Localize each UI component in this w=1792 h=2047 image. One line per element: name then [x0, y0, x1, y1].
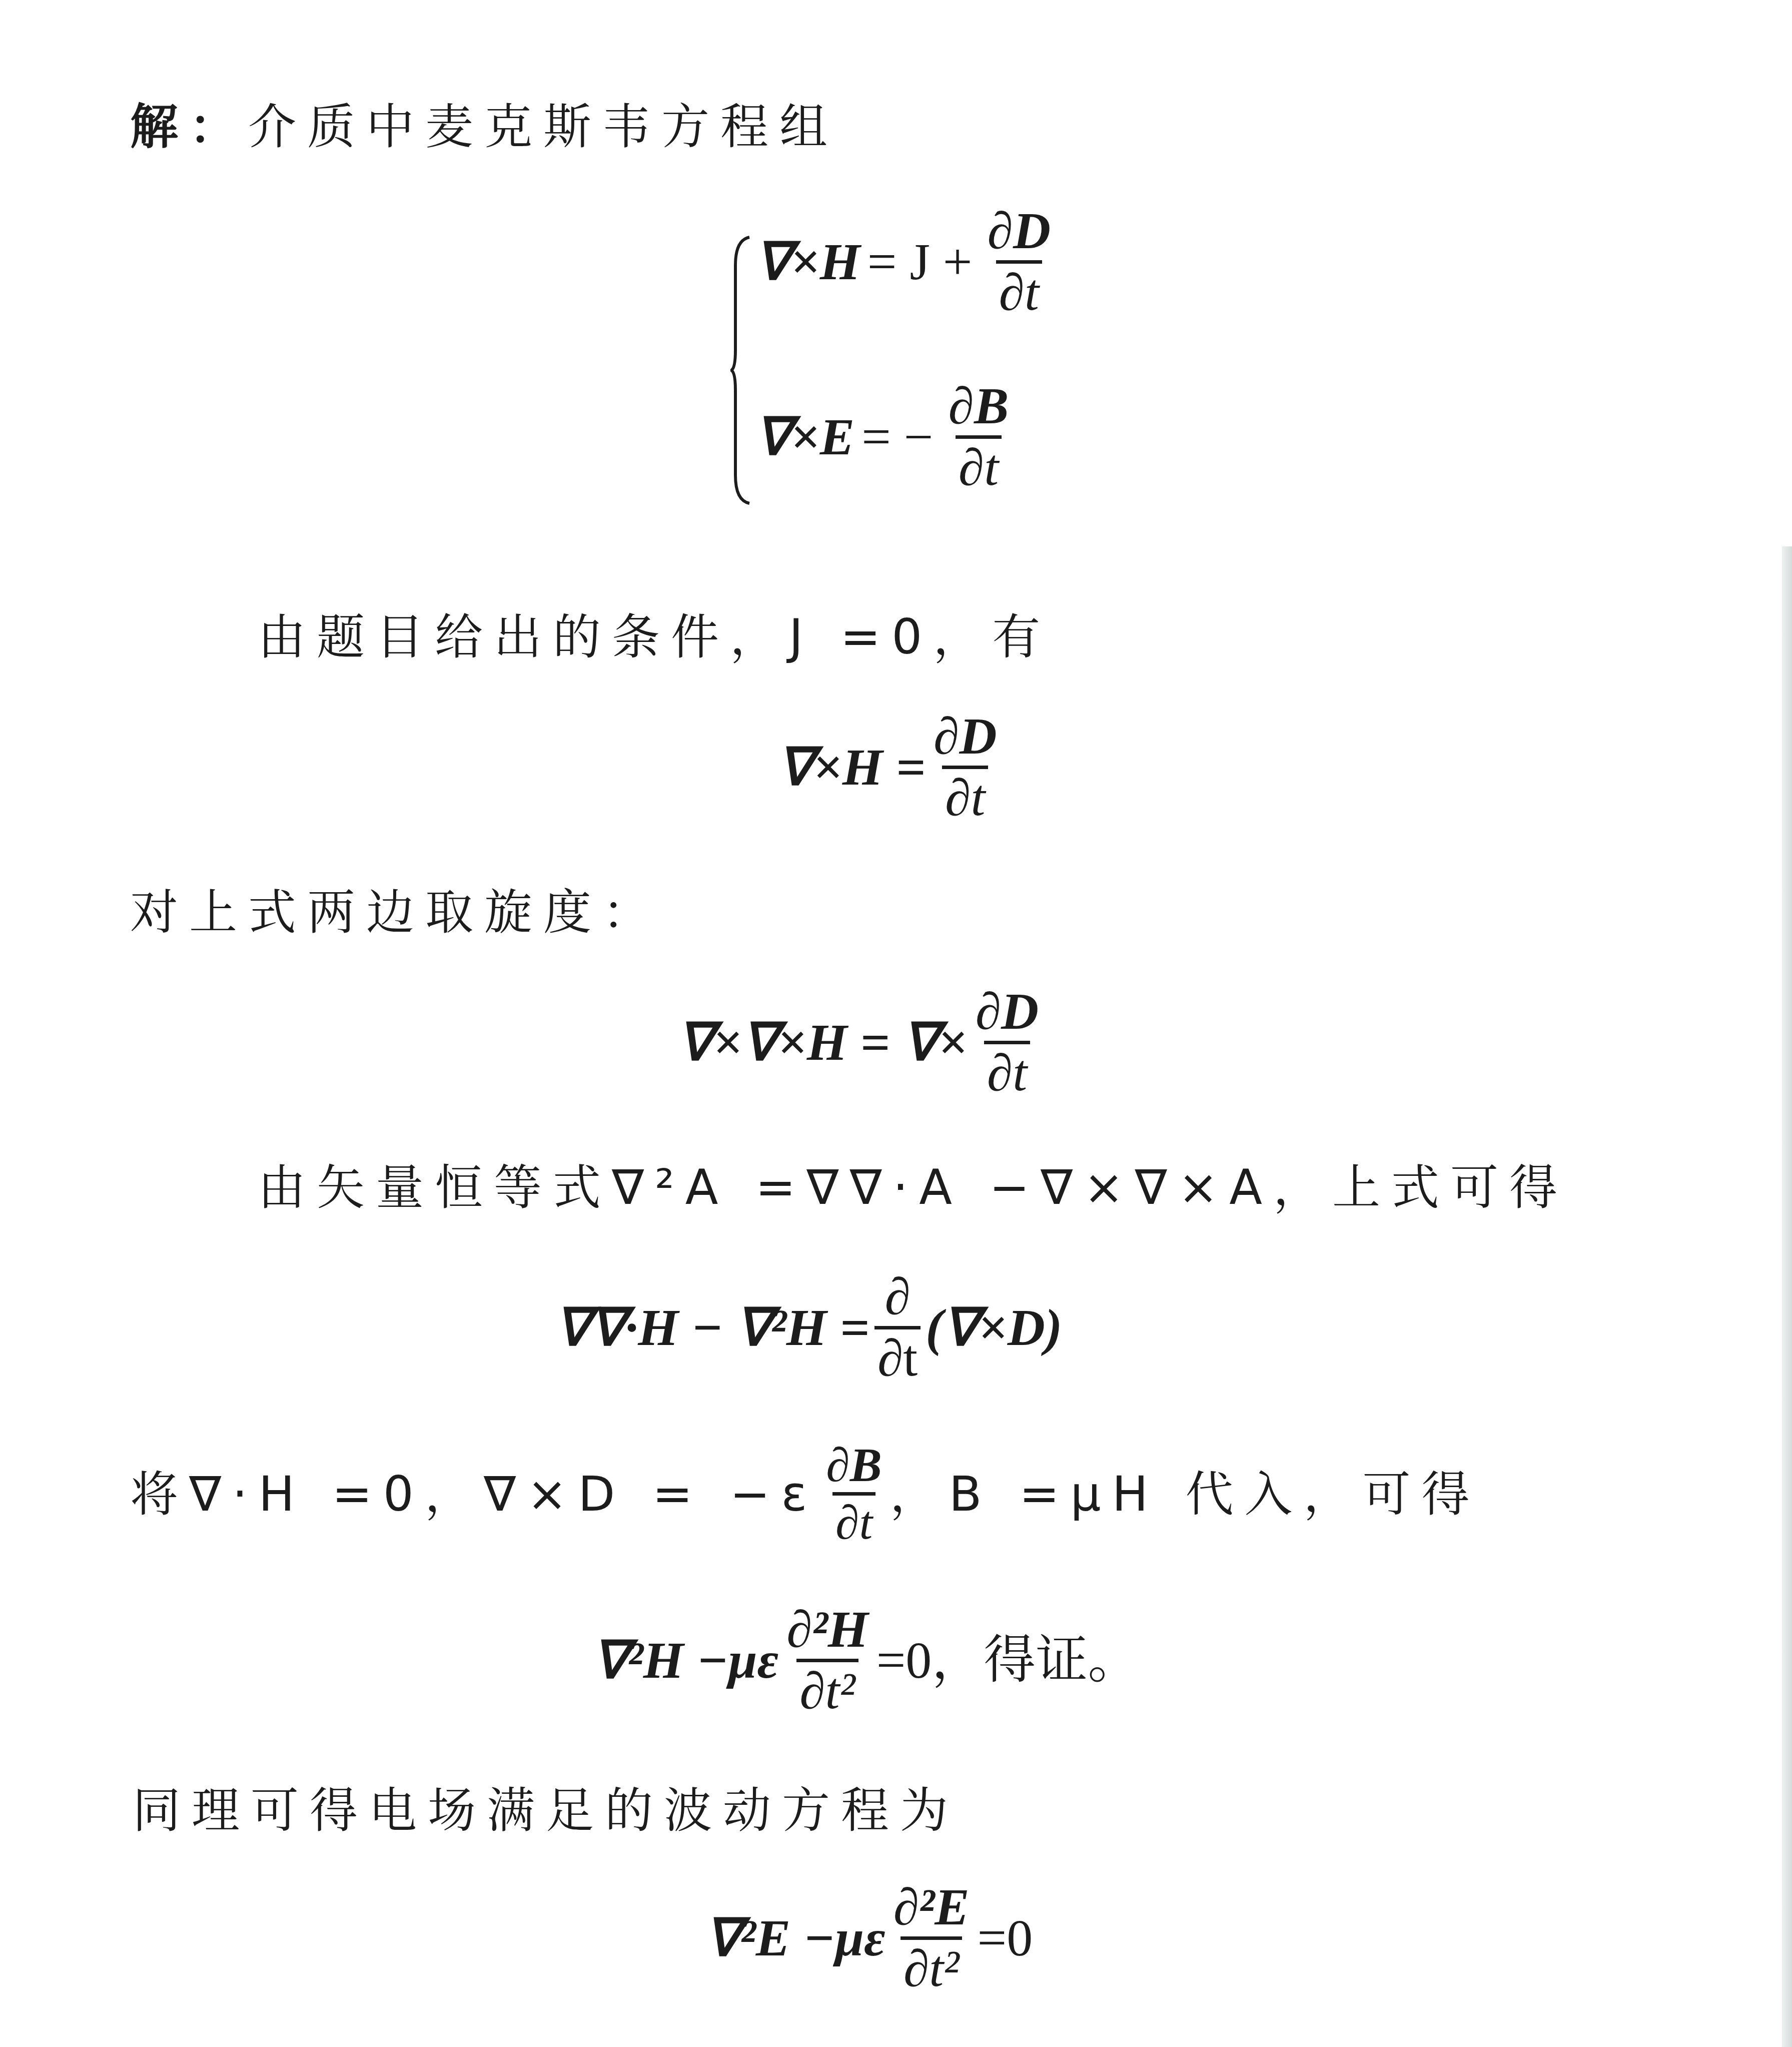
fraction: ∂D∂t — [973, 986, 1042, 1099]
curl-text: 对上式两边取旋度： — [130, 888, 661, 936]
fraction: ∂²H∂t² — [783, 1604, 871, 1717]
left-brace — [730, 235, 750, 505]
fraction: ∂∂t — [874, 1271, 921, 1385]
fraction: ∂B∂t — [823, 1441, 884, 1547]
equation-ampere: ∇×H = J + ∂D∂t — [755, 205, 1059, 319]
equation-5: ∇∇·H − ∇²H = ∂∂t (∇×D) — [555, 1271, 1062, 1385]
equation-4: ∇×∇×H = ∇× ∂D∂t — [678, 986, 1047, 1099]
equation-7: ∇²E −με ∂²E∂t² =0 — [705, 1881, 1033, 1995]
equation-3: ∇×H = ∂D∂t — [778, 711, 1005, 824]
intro-text: 介质中麦克斯韦方程组 — [248, 99, 838, 155]
equation-faraday: ∇×E = − ∂B∂t — [755, 380, 1017, 494]
fraction: ∂²E∂t² — [890, 1881, 973, 1995]
scrollbar[interactable] — [1782, 546, 1792, 2047]
substitution-text: 将∇·H =0，∇×D = −ε ∂B∂t ，B =μH 代入，可得 — [130, 1441, 1480, 1547]
condition-text: 由题目给出的条件，J =0，有 — [258, 613, 1051, 661]
fraction: ∂D∂t — [985, 205, 1054, 319]
similar-text: 同理可得电场满足的波动方程为 — [133, 1786, 959, 1834]
identity-text: 由矢量恒等式∇²A =∇∇·A −∇×∇×A，上式可得 — [258, 1163, 1568, 1211]
solution-label: 解： — [130, 99, 248, 155]
equation-6: ∇²H −με ∂²H∂t² =0，得证。 — [593, 1604, 1140, 1717]
solution-intro: 解：介质中麦克斯韦方程组 — [130, 103, 838, 151]
fraction: ∂D∂t — [931, 711, 1000, 824]
fraction: ∂B∂t — [946, 380, 1012, 494]
